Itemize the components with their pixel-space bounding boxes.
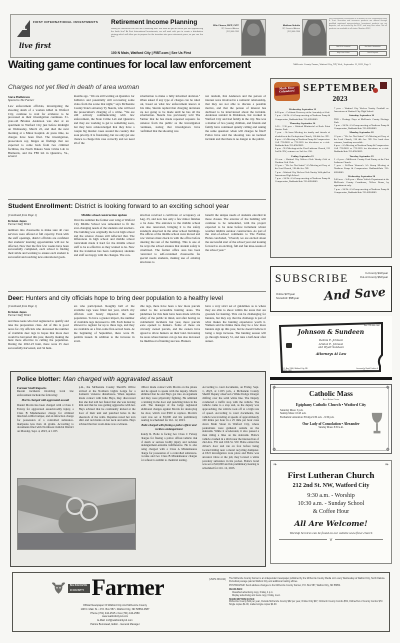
disclaimer-box: Not A Deposit (359, 51, 388, 56)
and-save-script: And Save (324, 285, 386, 303)
police-blotter-box: Police blotter: Man charged with aggrava… (10, 371, 266, 567)
article-column: benefit the unique needs of students enr… (205, 214, 266, 288)
calendar-entry: 8 p.m. - AA Meeting at Northern Pump & C… (334, 144, 389, 154)
handcuff-shape (80, 503, 98, 521)
subscribe-title: SUBSCRIBE (275, 273, 348, 285)
article-column: (Continued from Page 1) Kristen Jones Fa… (8, 305, 69, 367)
rate-line: Out-of-County $62/year (360, 276, 388, 280)
scroll-divider-icon: ❦ (279, 537, 383, 542)
article-text: Over the summer the former east wing at … (74, 218, 135, 257)
bank-name: FIRST INTERNATIONAL INVESTMENTS (33, 21, 103, 25)
website-note: Worship Services can be found on our web… (286, 531, 376, 535)
article-column: According to court documents, on Friday,… (202, 386, 259, 550)
handcuffs-photo (17, 478, 136, 550)
church-title: First Lutheran Church (271, 470, 391, 480)
article-column: Steve Hallstrom Special to The Farmer La… (8, 95, 69, 194)
advisor-photo (241, 19, 266, 56)
article-column: ers who participated. Roughly half of th… (74, 305, 135, 367)
corner-flourish-icon: ❧ (385, 462, 389, 468)
photo-jeans-shape (18, 533, 135, 549)
bank-tagline: live first (19, 41, 51, 50)
service-time-line: & Coffee Hour (271, 508, 391, 516)
calendar-year: 2023 (301, 94, 379, 103)
advisor-phone: (701) 444-2346 (287, 31, 300, 33)
byline-title: Special to The Farmer (8, 99, 69, 103)
blotter-subhead: Morris charged with aggravated assault (17, 399, 74, 403)
law-address: P.O. Box 1306, Watford City, ND 58854-13… (282, 368, 312, 372)
law-phones: Bus: 701-444-2513 Fax: 701-444-2887 (364, 323, 380, 328)
byline-title: Farmer Staff Writer (8, 314, 69, 318)
rate-line: Snowbird: $58/year (276, 297, 299, 301)
masthead-contact-lines: Official Newspaper Of Watford City And M… (25, 604, 205, 627)
service-time-line: 9:30 a.m. - Worship (271, 492, 391, 500)
usps-number: (USPS 338-190) (209, 579, 226, 581)
student-kicker: Student Enrollment: (8, 203, 73, 210)
continued-note: (Continued from Page 1) (8, 305, 69, 309)
ad-title: Retirement Income Planning (111, 19, 197, 26)
corner-flourish-icon: ❧ (273, 462, 277, 468)
article-column: p.m., the McKenzie County Sheriff's Offi… (79, 386, 136, 474)
contact-line: Patrice Bumstead, Editor - General Manag… (25, 623, 205, 627)
article-column: (Continued from Page 1) Kristen Jones Fa… (8, 214, 69, 288)
article-text: Officer made contact with Morris on the … (141, 386, 198, 422)
continued-note: (Continued from Page 1) (8, 214, 69, 218)
deadline-line: Display advertising and news copy, Frida… (229, 595, 385, 598)
catholic-mass-title: Catholic Mass (271, 390, 391, 398)
badge-line: COUNTY (68, 588, 90, 593)
subscribe-ad: SUBSCRIBE In-County $42/yearOut-of-Count… (270, 266, 392, 312)
masthead-legal: The McKenzie County Farmer is an indepen… (229, 578, 385, 607)
service-times: 9:30 a.m. - Worship10:30 a.m. - Sunday S… (271, 492, 391, 516)
law-firm-name: Johnson & Sundeen (288, 329, 374, 336)
catholic-mass-ad: ❖ ❖ ❖ ❖ Catholic Mass Rev. Brian Gross E… (270, 384, 392, 454)
masthead-logo: McKENZIE COUNTY Farmer (51, 578, 164, 599)
corner-flourish-icon: ❖ (386, 447, 390, 453)
calendar-column: Wednesday, September 136:30 p.m. - Celeb… (275, 107, 330, 255)
first-lutheran-church-ad: ❧ ❧ First Lutheran Church 212 2nd St. NW… (270, 460, 392, 564)
calendar-dot-decoration (373, 88, 378, 93)
postmaster-line: POSTMASTER: Send address changes to the … (229, 585, 385, 588)
church-address: 212 2nd St. NW, Watford City (271, 483, 391, 489)
calendar-entry: 7 p.m. - 24-Hour Women's AA Group Meetin… (334, 164, 389, 174)
student-headline: Student Enrollment: District is looking … (8, 203, 270, 210)
disclaimer-box: No Bank Guarantee (359, 45, 388, 50)
ad-contact-line: 100 N Main, Watford City | FIBT.com | Se… (111, 51, 191, 55)
article-column: information to make a fully informed dec… (140, 95, 201, 194)
subscribe-rates-online: Online $37/yearSnowbird: $58/year (276, 293, 299, 301)
service-time-line: 10:30 a.m. - Sunday School (271, 500, 391, 508)
community-calendar-ad: Mark Your Calendars! SEPTEMBER 2023 Wedn… (270, 78, 392, 258)
welcome-line: All Are Welcome! (271, 519, 391, 528)
calendar-column: 7 p.m. - Watford City Wolves Varsity Foo… (334, 107, 389, 255)
calendar-entry: 7 p.m. - 24 Hr. AA Group meeting at Nort… (334, 124, 389, 130)
ad-fine-print: First International Investments is a div… (329, 18, 387, 44)
section-divider (8, 199, 266, 200)
blotter-headline: Police blotter: Man charged with aggrava… (17, 376, 259, 383)
pastor-name: Rev. Brian Gross (271, 398, 391, 401)
cow-head-icon (51, 581, 66, 596)
deer-headline-rest: Hunters and city officials hope to bring… (24, 295, 223, 302)
calendar-entry: 7 p.m. - 24 Hr. AA Group meeting at Nort… (275, 114, 330, 120)
phone-line: Fax: 701-444-2887 (364, 325, 380, 327)
page-id-line: McKenzie County Farmer, Watford City, ND… (270, 64, 394, 67)
newspaper-masthead-box: McKENZIE COUNTY Farmer (USPS 338-190) Of… (12, 572, 390, 632)
lead-subhead: Charges not yet filed in death of area w… (8, 84, 139, 91)
publisher-paragraph: The McKenzie County Farmer is an indepen… (229, 578, 385, 583)
attorneys-at-law: Attorneys At Law (288, 352, 374, 356)
calendar-entry: 7 p.m. - Al-Anon Meeting for family and … (275, 131, 330, 137)
rates-paragraph: McKenzie County $42 per year, Outside Mc… (229, 601, 385, 607)
calendar-entries: Wednesday, September 136:30 p.m. - Celeb… (275, 107, 389, 255)
calendar-entry: 7 p.m. - 24 Hr. AA Group meeting at Nort… (275, 177, 330, 183)
attorney-name: and Wyatt Sundeen (288, 346, 374, 350)
advisor-phone: (701) 444-2345 (226, 31, 239, 33)
law-firm-ad: Bus: 701-444-2513 Fax: 701-444-2887 John… (270, 316, 392, 380)
article-column: not random, that Anderson and the person… (205, 95, 266, 194)
calendar-month: SEPTEMBER (301, 83, 379, 94)
article-text: numbers into classrooms to make sure all… (8, 228, 69, 259)
chalice-icon (370, 412, 384, 436)
calendar-entry: 8 p.m. - AA Meeting at Northern Pump & C… (275, 138, 330, 148)
article-column: Farmer Staff Reports Recent incidents in… (17, 386, 74, 474)
advisor-caption: Ellie Chavez, RICP, CLTC VP, Financial A… (207, 25, 239, 33)
advisor-caption: Matthew Schultz VP, Financial Advisor (7… (268, 25, 300, 33)
calendar-entry: 12 p.m. - “We Are Not Saints” AA Meeting… (334, 135, 389, 145)
disclaimer-box: May Lose Value (329, 51, 358, 56)
subscribe-rates-county: In-County $42/yearOut-of-County $62/year (360, 272, 388, 280)
church-name: Epiphany Catholic Church • Watford City (271, 403, 391, 407)
blotter-subhead: Bolte charged with fleeing a police offi… (141, 424, 198, 431)
calendar-square-decoration (380, 82, 387, 89)
blotter-headline-rest: Man charged with aggravated assault (61, 376, 172, 383)
article-column: have a very strict set of guidelines as … (205, 305, 266, 367)
student-headline-rest: District is looking forward to an exciti… (73, 203, 229, 210)
article-column: struction received a certificate of occu… (140, 214, 201, 288)
corner-flourish-icon: ❖ (386, 385, 390, 391)
newspaper-page: 1 FIRST INTERNATIONAL INVESTMENTS live f… (0, 0, 400, 643)
blotter-columns: Farmer Staff Reports Recent incidents in… (17, 386, 259, 550)
corner-flourish-icon: ❖ (272, 385, 276, 391)
deer-headline: Deer: Hunters and city officials hope to… (8, 295, 270, 302)
calendar-entry: 7 p.m. - Watford City Wolves Varsity Foo… (334, 107, 389, 113)
deadlines-lines: Classified advertising copy, Friday, 4 p… (229, 592, 385, 598)
lead-headline: Waiting game continues for local law enf… (8, 60, 272, 72)
article-column: able tags, there have been a few more pa… (140, 305, 201, 367)
disclaimer-box: Not FDIC Insured (329, 45, 358, 50)
investment-disclaimers: Not FDIC InsuredNo Bank GuaranteeMay Los… (329, 45, 387, 56)
byline-title: Farmer Staff Writer (8, 223, 69, 227)
retirement-planning-ad: 1 FIRST INTERNATIONAL INVESTMENTS live f… (10, 14, 390, 58)
calendar-entry: 7 p.m. - 24 Hr. AA Group meeting at Nort… (334, 188, 389, 194)
calendar-entry: 9:00 a.m. - 3:45 p.m. - Motor Vehicle De… (334, 178, 389, 188)
bank-logo-one: 1 (21, 21, 27, 33)
mass-time-line: Eucharistic Adoration: Fridays 9:30 a.m.… (280, 416, 364, 420)
section-divider (8, 291, 266, 292)
article-text: Recent incidents involving local law enf… (17, 389, 74, 397)
law-license-note: Licensed in North Dakota & Montana (354, 368, 380, 372)
ad-divider-bar (270, 377, 392, 380)
ad-body-text: Saving for retirement can feel like a da… (111, 28, 203, 49)
article-text: Daniel Morris has been charged with a Cl… (17, 403, 74, 433)
mass-times: Saturday Mass: 5 p.m.Sunday Mass: 10:45 … (280, 409, 364, 421)
advisor-photo (302, 19, 327, 56)
attorney-names: Dennis E. JohnsonAriston E. Johnsonand W… (288, 339, 374, 350)
article-text: Law enforcement officials, investigating… (8, 104, 69, 159)
article-column: months ago. “We are still waiting on Qua… (74, 95, 135, 194)
county-badge: McKENZIE COUNTY (68, 584, 90, 593)
calendar-badge-text: Mark Your Calendars! (275, 86, 299, 95)
calendar-badge-icon: Mark Your Calendars! (274, 82, 300, 101)
student-article-columns: (Continued from Page 1) Kristen Jones Fa… (8, 214, 266, 288)
blotter-kicker: Police blotter: (17, 376, 61, 383)
newspaper-name: Farmer (92, 578, 164, 599)
deer-article-columns: (Continued from Page 1) Kristen Jones Fa… (8, 305, 266, 367)
lead-article-columns: Steve Hallstrom Special to The Farmer La… (8, 95, 266, 194)
article-text: Randy R. Bolte is facing two Class C Fel… (141, 432, 198, 462)
calendar-entry: 8 p.m. - NA Meetings at the First Luther… (275, 147, 330, 153)
article-column: Officer made contact with Morris on the … (141, 386, 198, 550)
deer-kicker: Deer: (8, 295, 24, 302)
corner-flourish-icon: ❖ (272, 447, 276, 453)
article-column: Middle school construction update Over t… (74, 214, 135, 288)
article-text: and three teens who had registered to qu… (8, 319, 69, 350)
